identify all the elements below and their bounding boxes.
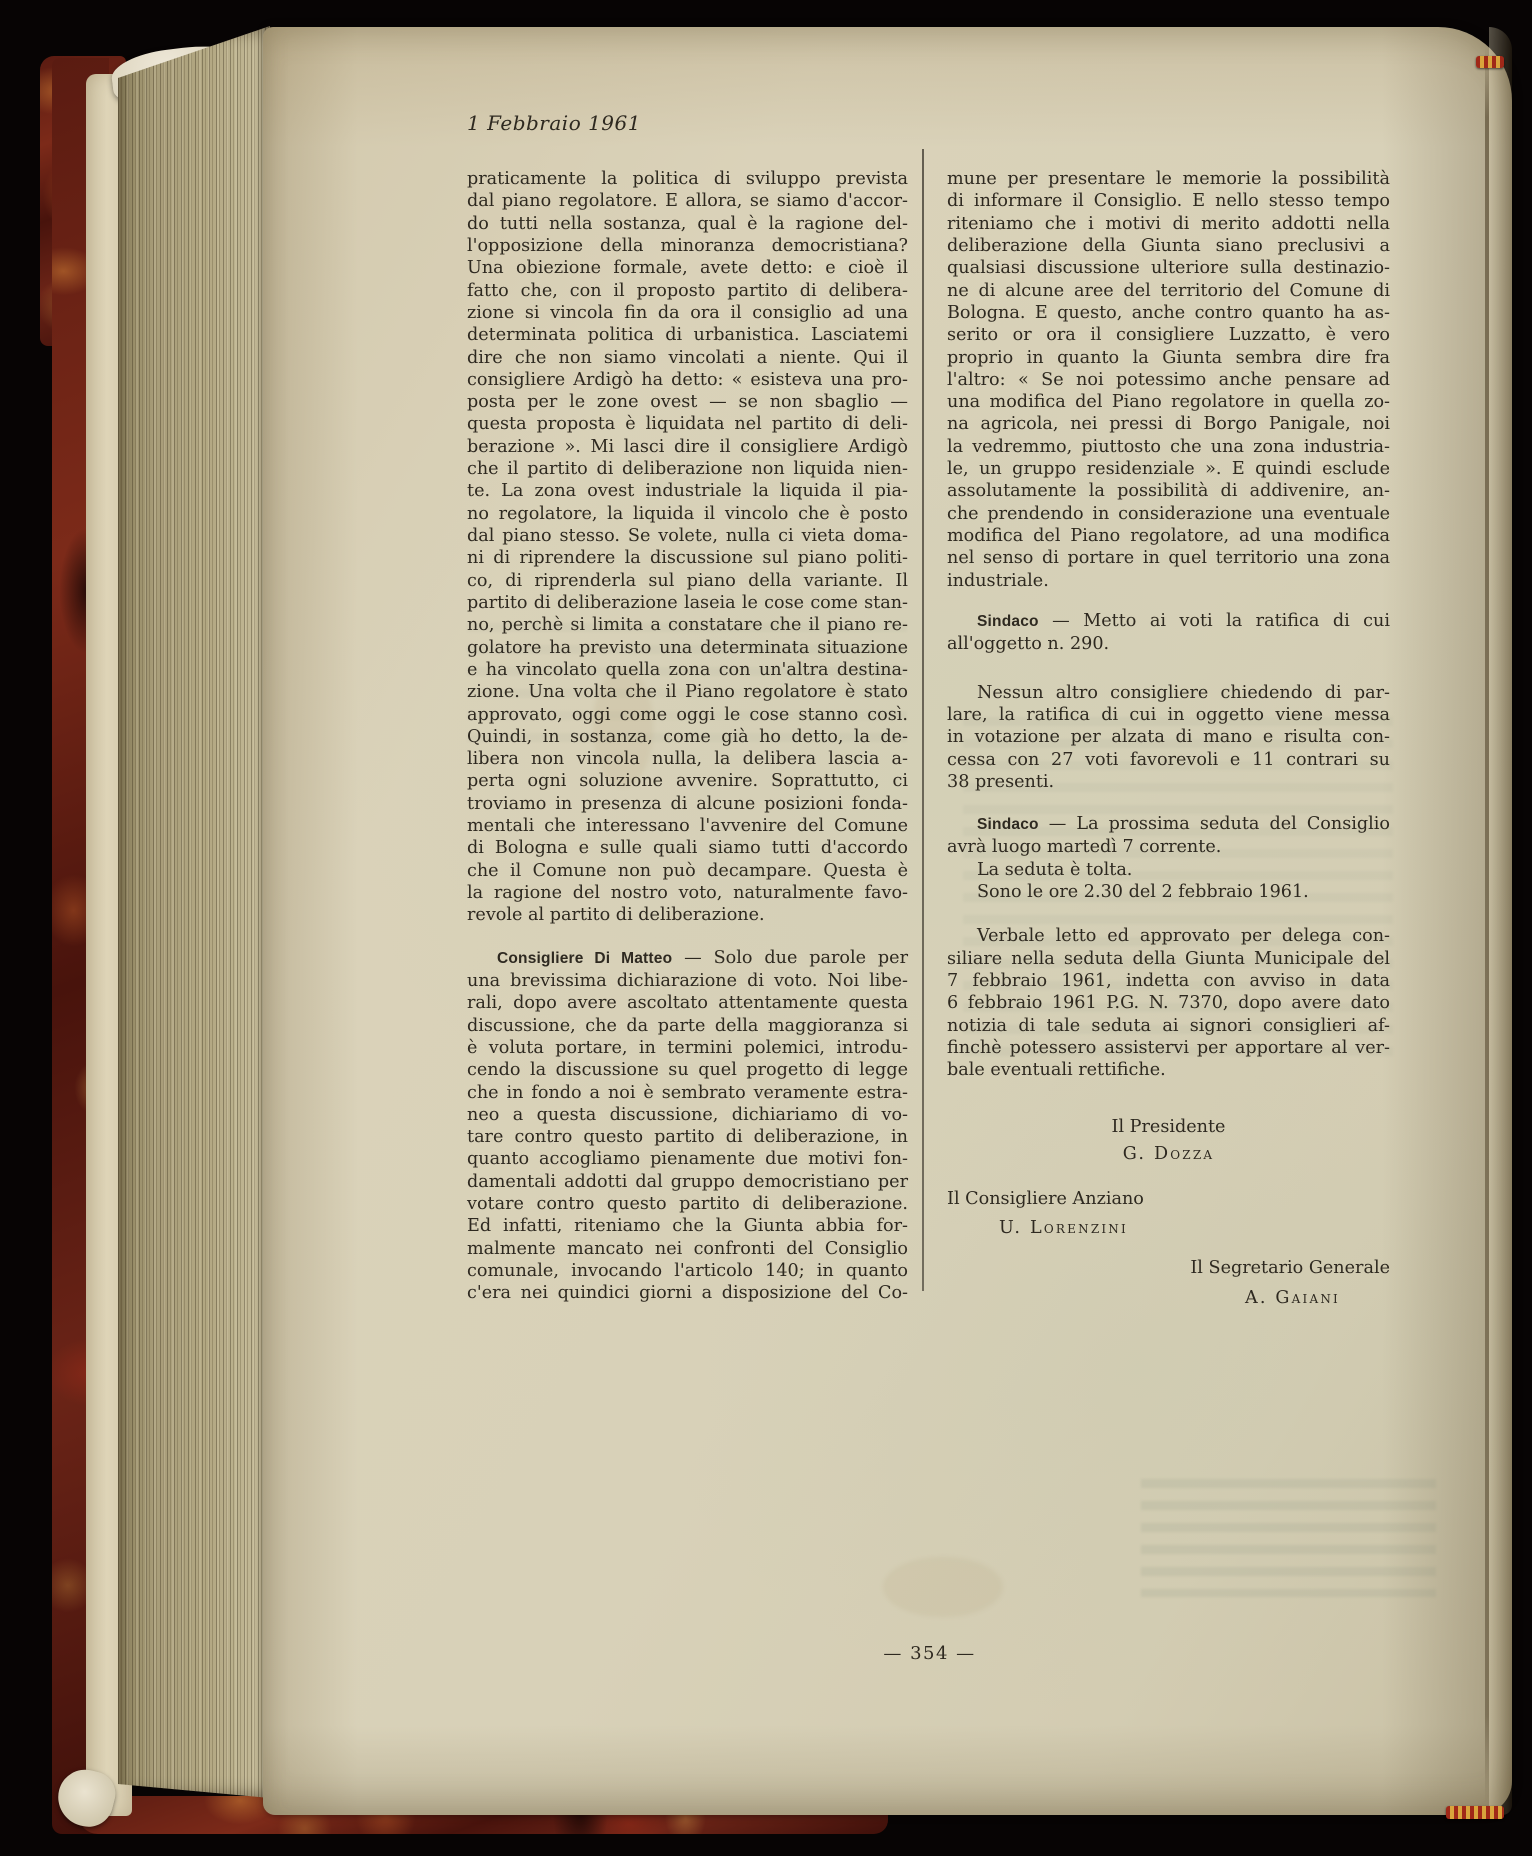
gutter-crease — [1485, 47, 1489, 1803]
paragraph: Nessun altro consigliere chiedendo di pa… — [947, 682, 1390, 794]
text-line: no, perchè si limita a constatare che il… — [467, 614, 908, 636]
text-line: riteniamo che i motivi di merito addotti… — [947, 213, 1390, 235]
paragraph: praticamente la politica di sviluppo pre… — [467, 168, 908, 927]
text-line: proprio in quanto la Giunta sembra dire … — [947, 347, 1390, 369]
text-line: praticamente la politica di sviluppo pre… — [467, 168, 908, 190]
text-column-left: praticamente la politica di sviluppo pre… — [467, 168, 908, 1305]
gutter-shadow — [1489, 27, 1512, 1815]
text-line: ni di riprendere la discussione sul pian… — [467, 547, 908, 569]
text-line: zione. Una volta che il Piano regolatore… — [467, 681, 908, 703]
text-line: approvato, oggi come oggi le cose stanno… — [467, 704, 908, 726]
text-line: Verbale letto ed approvato per delega co… — [947, 925, 1390, 947]
paragraph: Il Segretario Generale — [947, 1257, 1390, 1279]
text-line: G. Dozza — [947, 1143, 1390, 1165]
text-line: Sindaco — La prossima seduta del Consigl… — [947, 813, 1390, 836]
text-line: votare contro questo partito di delibera… — [467, 1193, 908, 1215]
text-line: revole al partito di deliberazione. — [467, 904, 908, 926]
text-line: mune per presentare le memorie la possib… — [947, 168, 1390, 190]
text-line: l'altro: « Se noi potessimo anche pensar… — [947, 369, 1390, 391]
text-line: discussione, che da parte della maggiora… — [467, 1015, 908, 1037]
text-line: una modifica del Piano regolatore in que… — [947, 391, 1390, 413]
text-line: te. La zona ovest industriale la liquida… — [467, 480, 908, 502]
text-line: qualsiasi discussione ulteriore sulla de… — [947, 257, 1390, 279]
paragraph: Il Presidente — [947, 1116, 1390, 1138]
text-line: posta per le zone ovest — se non sbaglio… — [467, 391, 908, 413]
text-line: cessa con 27 voti favorevoli e 11 contra… — [947, 749, 1390, 771]
paper-stain — [883, 1557, 1003, 1617]
text-line: siliare nella seduta della Giunta Munici… — [947, 948, 1390, 970]
text-line: damentali addotti dal gruppo democristia… — [467, 1171, 908, 1193]
text-line: in votazione per alzata di mano e risult… — [947, 726, 1390, 748]
page-number: — 354 — — [467, 1643, 1392, 1664]
text-line: mentali che interessano l'avvenire del C… — [467, 815, 908, 837]
headband-top — [1476, 56, 1504, 68]
text-line: co, di riprenderla sul piano della varia… — [467, 570, 908, 592]
text-line: Sindaco — Metto ai voti la ratifica di c… — [947, 610, 1390, 633]
text-line: no regolatore, la liquida il vincolo che… — [467, 503, 908, 525]
text-line: cendo la discussione su quel progetto di… — [467, 1059, 908, 1081]
text-line: determinata politica di urbanistica. Las… — [467, 324, 908, 346]
text-line: assolutamente la possibilità di addiveni… — [947, 480, 1390, 502]
text-line: è voluta portare, in termini polemici, i… — [467, 1037, 908, 1059]
speaker-name: Sindaco — [977, 816, 1039, 833]
text-line: zione si vincola fin da ora il consiglio… — [467, 302, 908, 324]
column-divider-rule — [922, 149, 924, 1291]
text-line: Ed infatti, riteniamo che la Giunta abbi… — [467, 1215, 908, 1237]
text-line: di informare il Consiglio. E nello stess… — [947, 190, 1390, 212]
text-line: avrà luogo martedì 7 corrente. — [947, 836, 1390, 858]
text-line: modifica del Piano regolatore, ad una mo… — [947, 525, 1390, 547]
text-line: comunale, invocando l'articolo 140; in q… — [467, 1260, 908, 1282]
text-line: na agricola, nei pressi di Borgo Panigal… — [947, 413, 1390, 435]
paragraph: Sindaco — Metto ai voti la ratifica di c… — [947, 610, 1390, 656]
text-line: Quindi, in sostanza, come già ho detto, … — [467, 726, 908, 748]
text-line: che il partito di deliberazione non liqu… — [467, 458, 908, 480]
paragraph: G. Dozza — [947, 1143, 1390, 1165]
text-line: nel senso di portare in quel territorio … — [947, 547, 1390, 569]
text-line: ne di alcune aree del territorio del Com… — [947, 280, 1390, 302]
text-line: consigliere Ardigò ha detto: « esisteva … — [467, 369, 908, 391]
page-header-date: 1 Febbraio 1961 — [467, 111, 641, 135]
text-line: Bologna. E questo, anche contro quanto h… — [947, 302, 1390, 324]
text-line: dal piano regolatore. E allora, se siamo… — [467, 190, 908, 212]
text-line: berazione ». Mi lasci dire il consiglier… — [467, 436, 908, 458]
text-line: quanto accogliamo pienamente due motivi … — [467, 1148, 908, 1170]
book-scan: 1 Febbraio 1961 praticamente la politica… — [0, 0, 1532, 1856]
text-line: di Bologna e sulle quali siamo tutti d'a… — [467, 837, 908, 859]
paragraph: Sindaco — La prossima seduta del Consigl… — [947, 813, 1390, 903]
paragraph: Consigliere Di Matteo — Solo due parole … — [467, 947, 908, 1305]
text-line: 38 presenti. — [947, 771, 1390, 793]
signature-name: G. Dozza — [1123, 1144, 1215, 1164]
text-line: malmente mancato nei confronti del Consi… — [467, 1238, 908, 1260]
text-line: Nessun altro consigliere chiedendo di pa… — [947, 682, 1390, 704]
text-line: una brevissima dichiarazione di voto. No… — [467, 970, 908, 992]
speaker-name: Sindaco — [977, 613, 1039, 630]
paragraph: Il Consigliere Anziano — [947, 1188, 1390, 1210]
book-page: 1 Febbraio 1961 praticamente la politica… — [263, 27, 1512, 1815]
text-line: do tutti nella sostanza, qual è la ragio… — [467, 213, 908, 235]
text-line: golatore ha previsto una determinata sit… — [467, 637, 908, 659]
signature-name: U. Lorenzini — [999, 1218, 1128, 1238]
text-line: notizia di tale seduta ai signori consig… — [947, 1015, 1390, 1037]
text-line: A. Gaiani — [947, 1287, 1340, 1309]
text-line: finchè potessero assistervi per apportar… — [947, 1037, 1390, 1059]
text-line: le, un gruppo residenziale ». E quindi e… — [947, 458, 1390, 480]
text-line: partito di deliberazione laseia le cose … — [467, 592, 908, 614]
text-line: Il Presidente — [947, 1116, 1390, 1138]
speaker-name: Consigliere Di Matteo — [497, 950, 672, 967]
text-line: la vedremmo, piuttosto che una zona indu… — [947, 436, 1390, 458]
text-line: Il Consigliere Anziano — [947, 1188, 1390, 1210]
text-line: bale eventuali rettifiche. — [947, 1059, 1390, 1081]
text-line: neo a questa discussione, dichiariamo di… — [467, 1104, 908, 1126]
text-line: deliberazione della Giunta siano preclus… — [947, 235, 1390, 257]
text-line: questa proposta è liquidata nel partito … — [467, 413, 908, 435]
text-line: troviamo in presenza di alcune posizioni… — [467, 793, 908, 815]
text-line: libera non vincola nulla, la delibera la… — [467, 748, 908, 770]
text-line: Sono le ore 2.30 del 2 febbraio 1961. — [947, 881, 1390, 903]
signature-name: A. Gaiani — [1245, 1288, 1340, 1308]
text-line: industriale. — [947, 570, 1390, 592]
text-line: La seduta è tolta. — [947, 859, 1390, 881]
text-line: U. Lorenzini — [999, 1217, 1390, 1239]
text-line: Una obiezione formale, avete detto: e ci… — [467, 257, 908, 279]
paragraph: Verbale letto ed approvato per delega co… — [947, 925, 1390, 1081]
text-line: 7 febbraio 1961, indetta con avviso in d… — [947, 970, 1390, 992]
paragraph: mune per presentare le memorie la possib… — [947, 168, 1390, 592]
text-line: che in fondo a noi è sembrato veramente … — [467, 1082, 908, 1104]
text-line: all'oggetto n. 290. — [947, 633, 1390, 655]
text-line: fatto che, con il proposto partito di de… — [467, 280, 908, 302]
text-line: tare contro questo partito di deliberazi… — [467, 1126, 908, 1148]
text-line: perta ogni soluzione avvenire. Soprattut… — [467, 770, 908, 792]
text-line: e ha vincolato quella zona con un'altra … — [467, 659, 908, 681]
text-line: Consigliere Di Matteo — Solo due parole … — [467, 947, 908, 970]
text-line: lare, la ratifica di cui in oggetto vien… — [947, 704, 1390, 726]
show-through-text — [1141, 1479, 1436, 1597]
text-line: dal piano stesso. Se volete, nulla ci vi… — [467, 525, 908, 547]
text-line: l'opposizione della minoranza democristi… — [467, 235, 908, 257]
headband-bottom — [1446, 1806, 1504, 1819]
text-line: la ragione del nostro voto, naturalmente… — [467, 882, 908, 904]
text-line: dire che non siamo vincolati a niente. Q… — [467, 347, 908, 369]
text-line: rali, dopo avere ascoltato attentamente … — [467, 992, 908, 1014]
text-column-right: mune per presentare le memorie la possib… — [947, 168, 1390, 1309]
text-line: Il Segretario Generale — [947, 1257, 1390, 1279]
text-line: serito or ora il consigliere Luzzatto, è… — [947, 324, 1390, 346]
text-line: 6 febbraio 1961 P.G. N. 7370, dopo avere… — [947, 992, 1390, 1014]
paragraph: U. Lorenzini — [947, 1217, 1390, 1239]
paragraph: A. Gaiani — [947, 1287, 1390, 1309]
text-line: che il Comune non può decampare. Questa … — [467, 860, 908, 882]
page-edge-stack — [118, 24, 270, 1802]
text-line: c'era nei quindici giorni a disposizione… — [467, 1282, 908, 1304]
text-line: che prendendo in considerazione una even… — [947, 503, 1390, 525]
